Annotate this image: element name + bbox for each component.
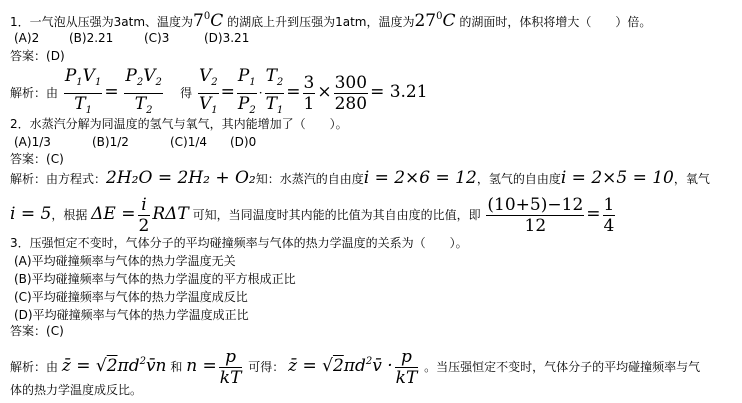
q2-option-b: (B)1/2: [92, 134, 170, 150]
q1-stem-c: 的湖面时，体积将增大（ ）倍。: [459, 15, 651, 29]
reaction-equation: 2H₂O = 2H₂ + O₂: [106, 168, 256, 188]
q3-analysis-last: 体的热力学温度成反比。: [10, 382, 142, 398]
q2-option-a: (A)1/3: [14, 134, 92, 150]
q3-option-d: (D)平均碰撞频率与气体的热力学温度成正比: [14, 307, 249, 323]
q1-option-b: (B)2.21: [69, 30, 144, 46]
analysis-label: 解析：由: [10, 86, 58, 100]
answer-label: 答案：: [10, 152, 46, 166]
text: 知：水蒸汽的自由度: [256, 172, 364, 186]
formula-t2-t1: T2T1: [265, 66, 285, 121]
q1-answer: 答案：(D): [10, 48, 65, 64]
answer-value: (C): [46, 152, 64, 166]
q1-stem-a: 1．一气泡从压强为3atm、温度为: [10, 15, 193, 29]
q1-stem-b: 的湖底上升到压强为1atm，温度为: [227, 15, 414, 29]
q1-option-a: (A)2: [14, 30, 69, 46]
text: ，根据: [51, 208, 87, 222]
dof-h2: i = 2×5 = 10: [561, 168, 674, 188]
frac-300-280: 300280: [334, 73, 368, 114]
frac-i-2: i2: [138, 195, 151, 236]
temp1: 70C: [193, 11, 223, 31]
r-delta-t: RΔT: [152, 204, 188, 224]
q1-options: (A)2(B)2.21(C)3(D)3.21: [14, 30, 249, 46]
text: ，氧气: [674, 172, 710, 186]
analysis-label: 解析：由: [10, 360, 58, 374]
analysis-label: 解析：由方程式：: [10, 172, 106, 186]
frac-p-kt: pkT: [219, 347, 243, 388]
q2-option-c: (C)1/4: [170, 134, 230, 150]
q3-option-a: (A)平均碰撞频率与气体的热力学温度无关: [14, 253, 236, 269]
text: ，氢气的自由度: [477, 172, 561, 186]
formula-p1v1-t1: P1V1T1: [64, 66, 102, 121]
dof-water: i = 2×6 = 12: [364, 168, 477, 188]
answer-value: (C): [46, 324, 64, 338]
q2-options: (A)1/3(B)1/2(C)1/4(D)0: [14, 134, 256, 150]
ratio-fraction: (10+5)−1212: [486, 195, 584, 236]
text: 可得：: [248, 360, 284, 374]
q2-analysis-line1: 解析：由方程式：2H₂O = 2H₂ + O₂知：水蒸汽的自由度i = 2×6 …: [10, 170, 710, 187]
formula-z: z̄ = √2πd2v̄n: [62, 356, 167, 376]
answer-label: 答案：: [10, 324, 46, 338]
q3-option-c: (C)平均碰撞频率与气体的热力学温度成反比: [14, 289, 248, 305]
de-label: 得: [180, 86, 192, 100]
q2-analysis-line2: i = 5，根据 ΔE =i2RΔT 可知，当同温度时其内能的比值为其自由度的比…: [10, 192, 617, 237]
text: 。当压强恒定不变时，气体分子的平均碰撞频率与气: [424, 360, 700, 374]
formula-n: n =: [186, 356, 217, 376]
answer-value: (D): [46, 49, 65, 63]
formula-z-result: z̄ = √2πd2v̄ ·: [288, 356, 393, 376]
formula-v2-v1: V2V1: [198, 66, 219, 121]
q1-stem: 1．一气泡从压强为3atm、温度为70C 的湖底上升到压强为1atm，温度为27…: [10, 9, 651, 30]
q1-option-d: (D)3.21: [204, 30, 249, 46]
q1-analysis: 解析：由 P1V1T1= P2V2T2 得 V2V1=P1P2·T2T1=31×…: [10, 66, 428, 121]
q2-stem: 2．水蒸汽分解为同温度的氢气与氧气，其内能增加了（ ）。: [10, 116, 348, 132]
q2-option-d: (D)0: [230, 134, 256, 150]
q1-option-c: (C)3: [144, 30, 204, 46]
ratio-result: 14: [603, 195, 616, 236]
delta-e: ΔE =: [91, 204, 135, 224]
text: 可知，当同温度时其内能的比值为其自由度的比值，即: [193, 208, 481, 222]
formula-p2v2-t2: P2V2T2: [124, 66, 162, 121]
formula-p1-p2: P1P2: [237, 66, 257, 121]
q3-answer: 答案：(C): [10, 323, 64, 339]
text: 和: [170, 360, 182, 374]
temp2: 270C: [414, 11, 455, 31]
q1-result: = 3.21: [370, 82, 428, 102]
q2-answer: 答案：(C): [10, 151, 64, 167]
q3-stem: 3．压强恒定不变时，气体分子的平均碰撞频率与气体的热力学温度的关系为（ ）。: [10, 235, 468, 251]
q3-option-b: (B)平均碰撞频率与气体的热力学温度的平方根成正比: [14, 271, 296, 287]
answer-label: 答案：: [10, 49, 46, 63]
dof-o2: i = 5: [10, 204, 51, 224]
frac-p-kt-2: pkT: [395, 347, 419, 388]
frac-3-1: 31: [303, 73, 316, 114]
